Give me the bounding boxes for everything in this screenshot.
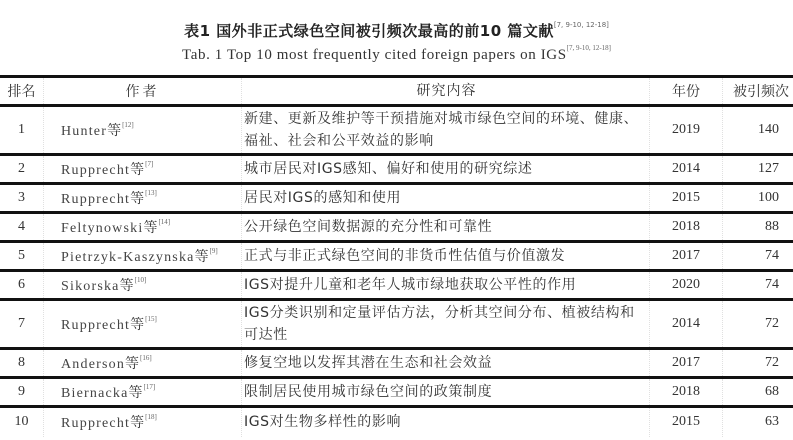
- table-row: 2 Rupprecht等[7] 城市居民对IGS感知、偏好和使用的研究综述 20…: [0, 155, 793, 184]
- cell-citations: 140: [723, 106, 793, 155]
- cell-year: 2014: [650, 155, 723, 184]
- table-caption-en: Tab. 1 Top 10 most frequently cited fore…: [0, 44, 793, 64]
- reference-marker: [14]: [158, 218, 170, 226]
- author-name: Sikorska: [61, 279, 120, 294]
- cell-author: Hunter等[12]: [44, 106, 242, 155]
- cell-author: Rupprecht等[18]: [44, 407, 242, 437]
- table-row: 5 Pietrzyk-Kaszynska等[9] 正式与非正式绿色空间的非货币性…: [0, 242, 793, 271]
- author-name: Biernacka: [61, 386, 129, 401]
- author-etal: 等: [130, 317, 144, 333]
- author-etal: 等: [143, 220, 157, 236]
- cell-year: 2017: [650, 242, 723, 271]
- cell-rank: 2: [0, 155, 44, 184]
- reference-marker: [10]: [135, 276, 147, 284]
- header-author: 作者: [44, 77, 242, 106]
- cell-author: Pietrzyk-Kaszynska等[9]: [44, 242, 242, 271]
- top-cited-papers-table: 排名 作者 研究内容 年份 被引频次 1 Hunter等[12] 新建、更新及维…: [0, 75, 793, 437]
- header-citations: 被引频次: [723, 77, 793, 106]
- cell-content: 新建、更新及维护等干预措施对城市绿色空间的环境、健康、福祉、社会和公平效益的影响: [242, 106, 650, 155]
- caption-en-title: Tab. 1 Top 10 most frequently cited fore…: [182, 47, 567, 63]
- cell-content: IGS分类识别和定量评估方法，分析其空间分布、植被结构和可达性: [242, 300, 650, 349]
- cell-citations: 72: [723, 349, 793, 378]
- cell-year: 2014: [650, 300, 723, 349]
- cell-author: Rupprecht等[15]: [44, 300, 242, 349]
- author-etal: 等: [195, 249, 209, 265]
- cell-citations: 72: [723, 300, 793, 349]
- caption-zh-title: 表1 国外非正式绿色空间被引频次最高的前10 篇文献: [184, 22, 554, 40]
- cell-citations: 68: [723, 378, 793, 407]
- reference-marker: [9]: [210, 247, 218, 255]
- author-etal: 等: [107, 123, 121, 139]
- author-name: Anderson: [61, 357, 125, 372]
- cell-year: 2018: [650, 378, 723, 407]
- reference-marker: [7]: [145, 160, 153, 168]
- cell-author: Rupprecht等[13]: [44, 184, 242, 213]
- reference-marker: [16]: [140, 354, 152, 362]
- author-etal: 等: [130, 415, 144, 431]
- cell-rank: 5: [0, 242, 44, 271]
- cell-citations: 74: [723, 271, 793, 300]
- cell-rank: 9: [0, 378, 44, 407]
- cell-content: 修复空地以发挥其潜在生态和社会效益: [242, 349, 650, 378]
- table-row: 9 Biernacka等[17] 限制居民使用城市绿色空间的政策制度 2018 …: [0, 378, 793, 407]
- table-caption-zh: 表1 国外非正式绿色空间被引频次最高的前10 篇文献[7, 9-10, 12-1…: [0, 20, 793, 41]
- table-row: 6 Sikorska等[10] IGS对提升儿童和老年人城市绿地获取公平性的作用…: [0, 271, 793, 300]
- cell-rank: 6: [0, 271, 44, 300]
- reference-marker: [17]: [144, 383, 156, 391]
- cell-citations: 74: [723, 242, 793, 271]
- reference-marker: [15]: [145, 315, 157, 323]
- cell-citations: 127: [723, 155, 793, 184]
- table-row: 1 Hunter等[12] 新建、更新及维护等干预措施对城市绿色空间的环境、健康…: [0, 106, 793, 155]
- caption-zh-refs: [7, 9-10, 12-18]: [554, 21, 609, 29]
- author-name: Hunter: [61, 124, 107, 139]
- table-row: 8 Anderson等[16] 修复空地以发挥其潜在生态和社会效益 2017 7…: [0, 349, 793, 378]
- cell-content: 限制居民使用城市绿色空间的政策制度: [242, 378, 650, 407]
- cell-author: Anderson等[16]: [44, 349, 242, 378]
- author-etal: 等: [130, 191, 144, 207]
- cell-year: 2015: [650, 407, 723, 437]
- cell-year: 2017: [650, 349, 723, 378]
- cell-author: Feltynowski等[14]: [44, 213, 242, 242]
- cell-author: Sikorska等[10]: [44, 271, 242, 300]
- cell-rank: 3: [0, 184, 44, 213]
- author-etal: 等: [129, 385, 143, 401]
- header-rank: 排名: [0, 77, 44, 106]
- cell-content: IGS对生物多样性的影响: [242, 407, 650, 437]
- cell-rank: 1: [0, 106, 44, 155]
- table-row: 3 Rupprecht等[13] 居民对IGS的感知和使用 2015 100: [0, 184, 793, 213]
- cell-rank: 10: [0, 407, 44, 437]
- cell-year: 2020: [650, 271, 723, 300]
- reference-marker: [12]: [122, 121, 134, 129]
- cell-author: Biernacka等[17]: [44, 378, 242, 407]
- author-etal: 等: [130, 162, 144, 178]
- author-etal: 等: [120, 278, 134, 294]
- author-name: Feltynowski: [61, 221, 143, 236]
- table-row: 4 Feltynowski等[14] 公开绿色空间数据源的充分性和可靠性 201…: [0, 213, 793, 242]
- cell-content: 正式与非正式绿色空间的非货币性估值与价值激发: [242, 242, 650, 271]
- cell-content: 居民对IGS的感知和使用: [242, 184, 650, 213]
- reference-marker: [13]: [145, 189, 157, 197]
- cell-rank: 7: [0, 300, 44, 349]
- cell-citations: 88: [723, 213, 793, 242]
- author-name: Rupprecht: [61, 416, 130, 431]
- cell-citations: 100: [723, 184, 793, 213]
- author-name: Rupprecht: [61, 318, 130, 333]
- table-row: 7 Rupprecht等[15] IGS分类识别和定量评估方法，分析其空间分布、…: [0, 300, 793, 349]
- caption-en-refs: [7, 9-10, 12-18]: [567, 44, 611, 52]
- cell-content: 城市居民对IGS感知、偏好和使用的研究综述: [242, 155, 650, 184]
- author-etal: 等: [125, 356, 139, 372]
- author-name: Pietrzyk-Kaszynska: [61, 250, 195, 265]
- cell-rank: 8: [0, 349, 44, 378]
- cell-content: IGS对提升儿童和老年人城市绿地获取公平性的作用: [242, 271, 650, 300]
- cell-citations: 63: [723, 407, 793, 437]
- reference-marker: [18]: [145, 413, 157, 421]
- table-header-row: 排名 作者 研究内容 年份 被引频次: [0, 77, 793, 106]
- cell-year: 2018: [650, 213, 723, 242]
- cell-year: 2015: [650, 184, 723, 213]
- author-name: Rupprecht: [61, 163, 130, 178]
- author-name: Rupprecht: [61, 192, 130, 207]
- cell-rank: 4: [0, 213, 44, 242]
- cell-year: 2019: [650, 106, 723, 155]
- table-row: 10 Rupprecht等[18] IGS对生物多样性的影响 2015 63: [0, 407, 793, 437]
- cell-author: Rupprecht等[7]: [44, 155, 242, 184]
- header-content: 研究内容: [242, 77, 650, 106]
- cell-content: 公开绿色空间数据源的充分性和可靠性: [242, 213, 650, 242]
- header-year: 年份: [650, 77, 723, 106]
